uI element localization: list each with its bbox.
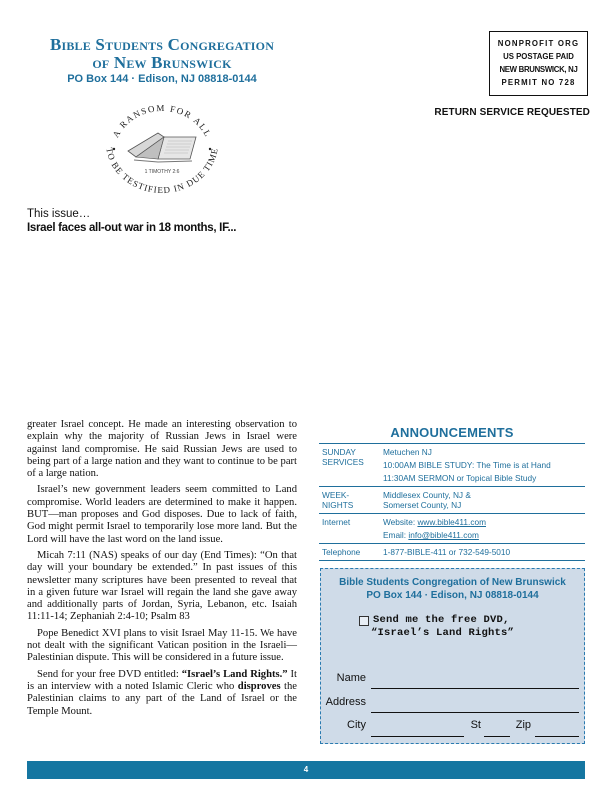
article-paragraph-dvd-offer: Send for your free DVD entitled: “Israel… <box>27 669 297 718</box>
announcements-panel: ANNOUNCEMENTS SUNDAY SERVICES Metuchen N… <box>319 425 585 561</box>
organization-name: Bible Students Congregation of New Bruns… <box>26 36 298 72</box>
organization-address: PO Box 144 · Edison, NJ 08818-0144 <box>26 73 298 85</box>
address-label: Address <box>321 696 366 708</box>
state-underline <box>484 736 510 737</box>
coupon-header: Bible Students Congregation of New Bruns… <box>321 576 584 602</box>
dvd-request-coupon: Bible Students Congregation of New Bruns… <box>320 568 585 744</box>
article-paragraph: greater Israel concept. He made an inter… <box>27 419 297 480</box>
postage-line4: PERMIT NO 728 <box>490 76 587 89</box>
state-label: St <box>467 719 481 731</box>
announcement-value: Middlesex County, NJ & Somerset County, … <box>383 490 585 510</box>
announcements-title: ANNOUNCEMENTS <box>319 425 585 440</box>
return-service-notice: RETURN SERVICE REQUESTED <box>410 107 590 118</box>
email-link[interactable]: info@bible411.com <box>408 530 479 540</box>
zip-label: Zip <box>511 719 531 731</box>
announcement-key: SUNDAY SERVICES <box>319 447 383 483</box>
open-bible-icon: A RANSOM FOR ALL TO BE TESTIFIED IN DUE … <box>98 103 226 199</box>
article-paragraph: Pope Benedict XVI plans to visit Israel … <box>27 628 297 665</box>
postage-line3: NEW BRUNSWICK, NJ <box>490 63 587 76</box>
dvd-title: “Israel’s Land Rights.” <box>182 669 288 680</box>
ransom-seal-logo: A RANSOM FOR ALL TO BE TESTIFIED IN DUE … <box>98 103 226 199</box>
announcement-value: Website: www.bible411.com Email: info@bi… <box>383 517 585 540</box>
name-field[interactable] <box>371 673 579 687</box>
this-issue-label: This issue… <box>27 208 90 220</box>
zip-underline <box>535 736 579 737</box>
article-column: greater Israel concept. He made an inter… <box>27 419 297 722</box>
postage-indicia: NONPROFIT ORG US POSTAGE PAID NEW BRUNSW… <box>489 31 588 96</box>
telephone-number: 1-877-BIBLE-411 or 732-549-5010 <box>383 547 585 557</box>
org-name-line1: Bible Students Congregation <box>26 36 298 54</box>
svg-text:A RANSOM FOR ALL: A RANSOM FOR ALL <box>110 103 213 139</box>
city-underline <box>371 736 464 737</box>
city-field[interactable] <box>371 721 464 735</box>
coupon-address: PO Box 144 · Edison, NJ 08818-0144 <box>321 589 584 602</box>
org-name-line2: of New Brunswick <box>26 54 298 72</box>
svg-text:1 TIMOTHY 2:6: 1 TIMOTHY 2:6 <box>145 169 180 175</box>
announcement-row-sunday: SUNDAY SERVICES Metuchen NJ 10:00AM BIBL… <box>319 443 585 486</box>
dvd-request-checkbox[interactable] <box>359 616 369 626</box>
announcement-value: 1-877-BIBLE-411 or 732-549-5010 <box>383 547 585 557</box>
announcement-row-weeknights: WEEK- NIGHTS Middlesex County, NJ & Some… <box>319 486 585 513</box>
announcement-row-internet: Internet Website: www.bible411.com Email… <box>319 513 585 543</box>
website-link[interactable]: www.bible411.com <box>417 517 486 527</box>
this-issue-headline: Israel faces all-out war in 18 months, I… <box>27 222 236 234</box>
announcement-key: Internet <box>319 517 383 540</box>
announcement-value: Metuchen NJ 10:00AM BIBLE STUDY: The Tim… <box>383 447 585 483</box>
page-number: 4 <box>304 765 308 774</box>
name-label: Name <box>321 672 366 684</box>
dvd-offer-text: Send me the free DVD, “Israel’s Land Rig… <box>373 614 514 640</box>
coupon-org-name: Bible Students Congregation of New Bruns… <box>321 576 584 589</box>
name-underline <box>371 688 579 689</box>
announcement-key: Telephone <box>319 547 383 557</box>
address-field[interactable] <box>371 697 579 711</box>
postage-line1: NONPROFIT ORG <box>490 37 587 50</box>
announcement-key: WEEK- NIGHTS <box>319 490 383 510</box>
address-underline <box>371 712 579 713</box>
article-paragraph: Micah 7:11 (NAS) speaks of our day (End … <box>27 550 297 624</box>
zip-field[interactable] <box>535 721 579 735</box>
state-field[interactable] <box>484 721 510 735</box>
city-label: City <box>321 719 366 731</box>
page-footer-bar: 4 <box>27 761 585 779</box>
postage-line2: US POSTAGE PAID <box>490 50 587 63</box>
announcement-row-telephone: Telephone 1-877-BIBLE-411 or 732-549-501… <box>319 543 585 561</box>
article-paragraph: Israel’s new government leaders seem com… <box>27 484 297 545</box>
